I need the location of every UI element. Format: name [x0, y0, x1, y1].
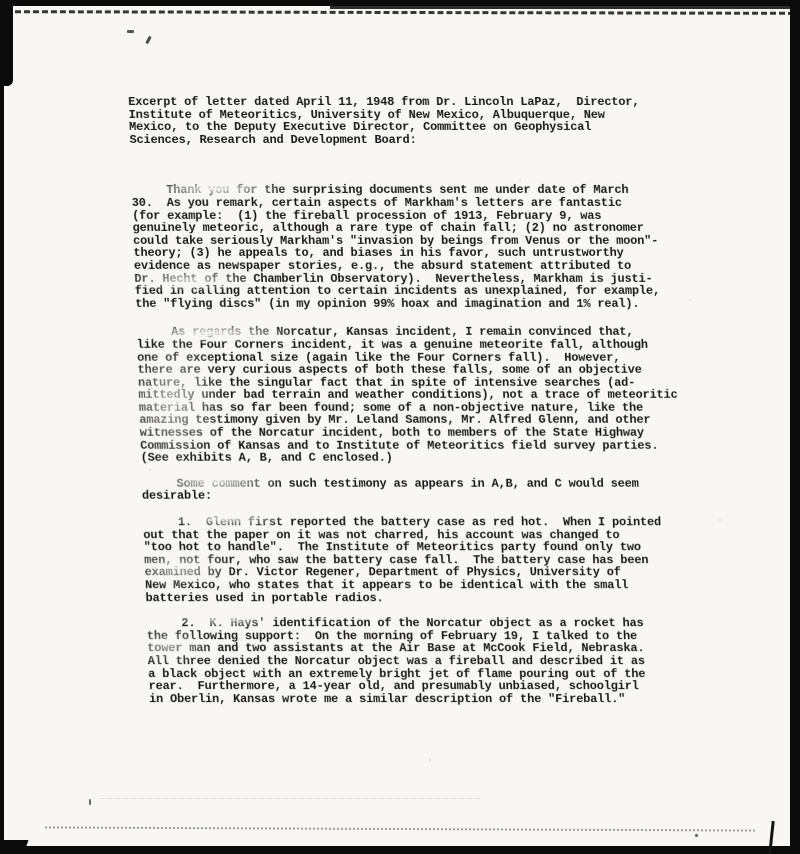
text-line: Some comment on such testimony as appear…: [141, 478, 741, 491]
text-line: evidence as newspaper stories, e.g., the…: [134, 260, 734, 273]
text-line: Sciences, Research and Development Board…: [129, 134, 729, 147]
paragraph-norcatur-incident: As regards the Norcatur, Kansas incident…: [136, 326, 741, 465]
text-line: there are very curious aspects of both t…: [137, 364, 737, 377]
text-line: desirable:: [142, 490, 742, 503]
text-line: Excerpt of letter dated April 11, 1948 f…: [128, 96, 728, 109]
text-line: in Oberlin, Kansas wrote me a similar de…: [149, 693, 749, 706]
item-1-battery-case: 1. Glenn first reported the battery case…: [143, 516, 746, 604]
paragraph-fireball-letters: Thank you for the surprising documents s…: [131, 184, 735, 310]
text-line: 30. As you remark, certain aspects of Ma…: [132, 197, 732, 210]
stray-mark: [145, 36, 151, 44]
stray-mark: [89, 799, 91, 805]
stray-mark: [695, 834, 698, 837]
text-line: like the Four Corners incident, it was a…: [136, 339, 736, 352]
scan-border-bottom: [0, 846, 800, 854]
scan-dotted-line-bottom: [45, 826, 755, 831]
text-line: New Mexico, who states that it appears t…: [145, 579, 745, 592]
scanned-letter-page: Excerpt of letter dated April 11, 1948 f…: [0, 0, 800, 854]
scan-dotted-line-faint: [100, 798, 480, 799]
text-line: batteries used in portable radios.: [145, 592, 745, 605]
text-line: witnesses of the Norcatur incident, both…: [140, 427, 740, 440]
text-line: genuinely meteoric, although a rare type…: [132, 222, 732, 235]
text-line: fied in calling attention to certain inc…: [135, 285, 735, 298]
text-line: mittedly under bad terrain and weather c…: [138, 389, 738, 402]
item-2-rocket-identification: 2. K. Hays' identification of the Norcat…: [146, 617, 749, 705]
scan-border-left: [0, 0, 4, 854]
text-line: rear. Furthermore, a 14-year old, and pr…: [148, 680, 748, 693]
text-line: (See exhibits A, B, and C enclosed.): [140, 452, 740, 465]
scan-dashed-line-top: [6, 10, 794, 15]
text-line: "too hot to handle". The Institute of Me…: [144, 541, 744, 554]
text-line: Mexico, to the Deputy Executive Director…: [129, 121, 729, 134]
text-line: the "flying discs" (in my opinion 99% ho…: [135, 298, 735, 311]
stray-mark: [127, 30, 134, 33]
paragraph-testimony-intro: Some comment on such testimony as appear…: [141, 478, 742, 503]
letter-header: Excerpt of letter dated April 11, 1948 f…: [128, 96, 730, 146]
scan-border-top-irregular: [330, 6, 800, 9]
text-line: 1. Glenn first reported the battery case…: [143, 516, 743, 529]
text-line: 2. K. Hays' identification of the Norcat…: [146, 617, 746, 630]
letter-document: Excerpt of letter dated April 11, 1948 f…: [128, 96, 749, 705]
scan-border-right: [790, 0, 800, 854]
text-line: All three denied the Norcatur object was…: [148, 655, 748, 668]
